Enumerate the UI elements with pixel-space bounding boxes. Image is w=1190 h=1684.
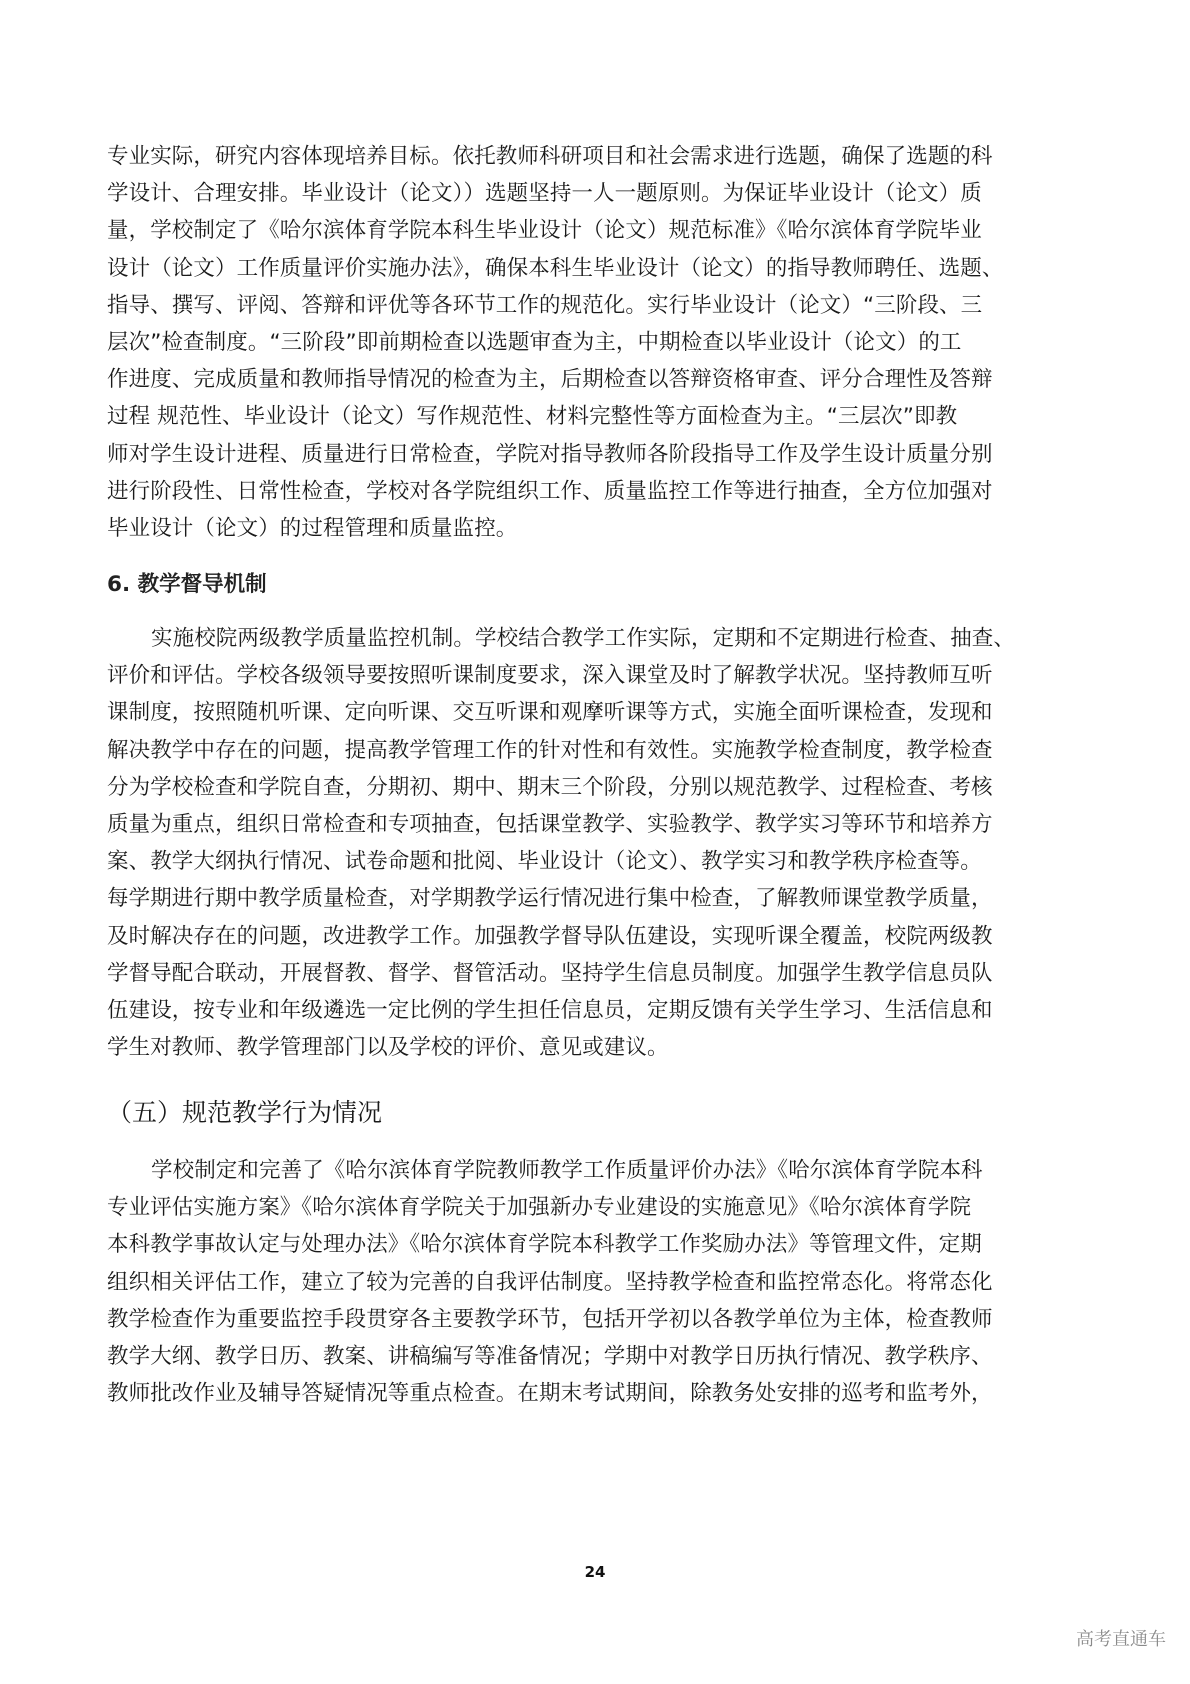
- text-line: 解决教学中存在的问题，提高教学管理工作的针对性和有效性。实施教学检查制度，教学检…: [107, 732, 1107, 769]
- paragraph-teaching-supervision: 实施校院两级教学质量监控机制。学校结合教学工作实际，定期和不定期进行检查、抽查、…: [107, 620, 1107, 1066]
- text-line: 进行阶段性、日常性检查，学校对各学院组织工作、质量监控工作等进行抽查，全方位加强…: [107, 473, 1107, 510]
- text-line: 作进度、完成质量和教师指导情况的检查为主，后期检查以答辩资格审查、评分合理性及答…: [107, 361, 1107, 398]
- text-line: 每学期进行期中教学质量检查，对学期教学运行情况进行集中检查，了解教师课堂教学质量…: [107, 880, 1107, 917]
- section-heading-teaching-conduct: （五）规范教学行为情况: [107, 1093, 382, 1129]
- text-line: 分为学校检查和学院自查，分期初、期中、期末三个阶段，分别以规范教学、过程检查、考…: [107, 769, 1107, 806]
- text-line: 课制度，按照随机听课、定向听课、交互听课和观摩听课等方式，实施全面听课检查，发现…: [107, 694, 1107, 731]
- text-line: 伍建设，按专业和年级遴选一定比例的学生担任信息员，定期反馈有关学生学习、生活信息…: [107, 992, 1107, 1029]
- text-line: 学设计、合理安排。毕业设计（论文））选题坚持一人一题原则。为保证毕业设计（论文）…: [107, 175, 1107, 212]
- text-line: 设计（论文）工作质量评价实施办法》，确保本科生毕业设计（论文）的指导教师聘任、选…: [107, 250, 1107, 287]
- text-line: 组织相关评估工作，建立了较为完善的自我评估制度。坚持教学检查和监控常态化。将常态…: [107, 1264, 1107, 1301]
- paragraph-thesis-management: 专业实际，研究内容体现培养目标。依托教师科研项目和社会需求进行选题，确保了选题的…: [107, 138, 1107, 547]
- text-line: 实施校院两级教学质量监控机制。学校结合教学工作实际，定期和不定期进行检查、抽查、: [107, 620, 1107, 657]
- text-line: 层次”检查制度。“三阶段”即前期检查以选题审查为主，中期检查以毕业设计（论文）的…: [107, 324, 1107, 361]
- text-line: 学督导配合联动，开展督教、督学、督管活动。坚持学生信息员制度。加强学生教学信息员…: [107, 955, 1107, 992]
- text-line: 教学大纲、教学日历、教案、讲稿编写等准备情况；学期中对教学日历执行情况、教学秩序…: [107, 1338, 1107, 1375]
- watermark-text: 高考直通车: [1076, 1625, 1166, 1651]
- document-page: 专业实际，研究内容体现培养目标。依托教师科研项目和社会需求进行选题，确保了选题的…: [0, 0, 1190, 1684]
- text-line: 指导、撰写、评阅、答辩和评优等各环节工作的规范化。实行毕业设计（论文）“三阶段、…: [107, 287, 1107, 324]
- text-line: 专业实际，研究内容体现培养目标。依托教师科研项目和社会需求进行选题，确保了选题的…: [107, 138, 1107, 175]
- text-line: 毕业设计（论文）的过程管理和质量监控。: [107, 510, 1107, 547]
- text-line: 教师批改作业及辅导答疑情况等重点检查。在期末考试期间，除教务处安排的巡考和监考外…: [107, 1375, 1107, 1412]
- text-line: 本科教学事故认定与处理办法》《哈尔滨体育学院本科教学工作奖励办法》等管理文件，定…: [107, 1226, 1107, 1263]
- text-line: 过程 规范性、毕业设计（论文）写作规范性、材料完整性等方面检查为主。“三层次”即…: [107, 398, 1107, 435]
- text-line: 专业评估实施方案》《哈尔滨体育学院关于加强新办专业建设的实施意见》《哈尔滨体育学…: [107, 1189, 1107, 1226]
- text-line: 评价和评估。学校各级领导要按照听课制度要求，深入课堂及时了解教学状况。坚持教师互…: [107, 657, 1107, 694]
- text-line: 量，学校制定了《哈尔滨体育学院本科生毕业设计（论文）规范标准》《哈尔滨体育学院毕…: [107, 212, 1107, 249]
- section-heading-teaching-supervision: 6. 教学督导机制: [107, 567, 267, 598]
- text-line: 学生对教师、教学管理部门以及学校的评价、意见或建议。: [107, 1029, 1107, 1066]
- text-line: 及时解决存在的问题，改进教学工作。加强教学督导队伍建设，实现听课全覆盖，校院两级…: [107, 918, 1107, 955]
- paragraph-teaching-conduct: 学校制定和完善了《哈尔滨体育学院教师教学工作质量评价办法》《哈尔滨体育学院本科 …: [107, 1152, 1107, 1412]
- text-line: 质量为重点，组织日常检查和专项抽查，包括课堂教学、实验教学、教学实习等环节和培养…: [107, 806, 1107, 843]
- text-line: 师对学生设计进程、质量进行日常检查，学院对指导教师各阶段指导工作及学生设计质量分…: [107, 436, 1107, 473]
- text-line: 案、教学大纲执行情况、试卷命题和批阅、毕业设计（论文）、教学实习和教学秩序检查等…: [107, 843, 1107, 880]
- text-line: 教学检查作为重要监控手段贯穿各主要教学环节，包括开学初以各教学单位为主体，检查教…: [107, 1301, 1107, 1338]
- page-number: 24: [0, 1563, 1190, 1581]
- text-line: 学校制定和完善了《哈尔滨体育学院教师教学工作质量评价办法》《哈尔滨体育学院本科: [107, 1152, 1107, 1189]
